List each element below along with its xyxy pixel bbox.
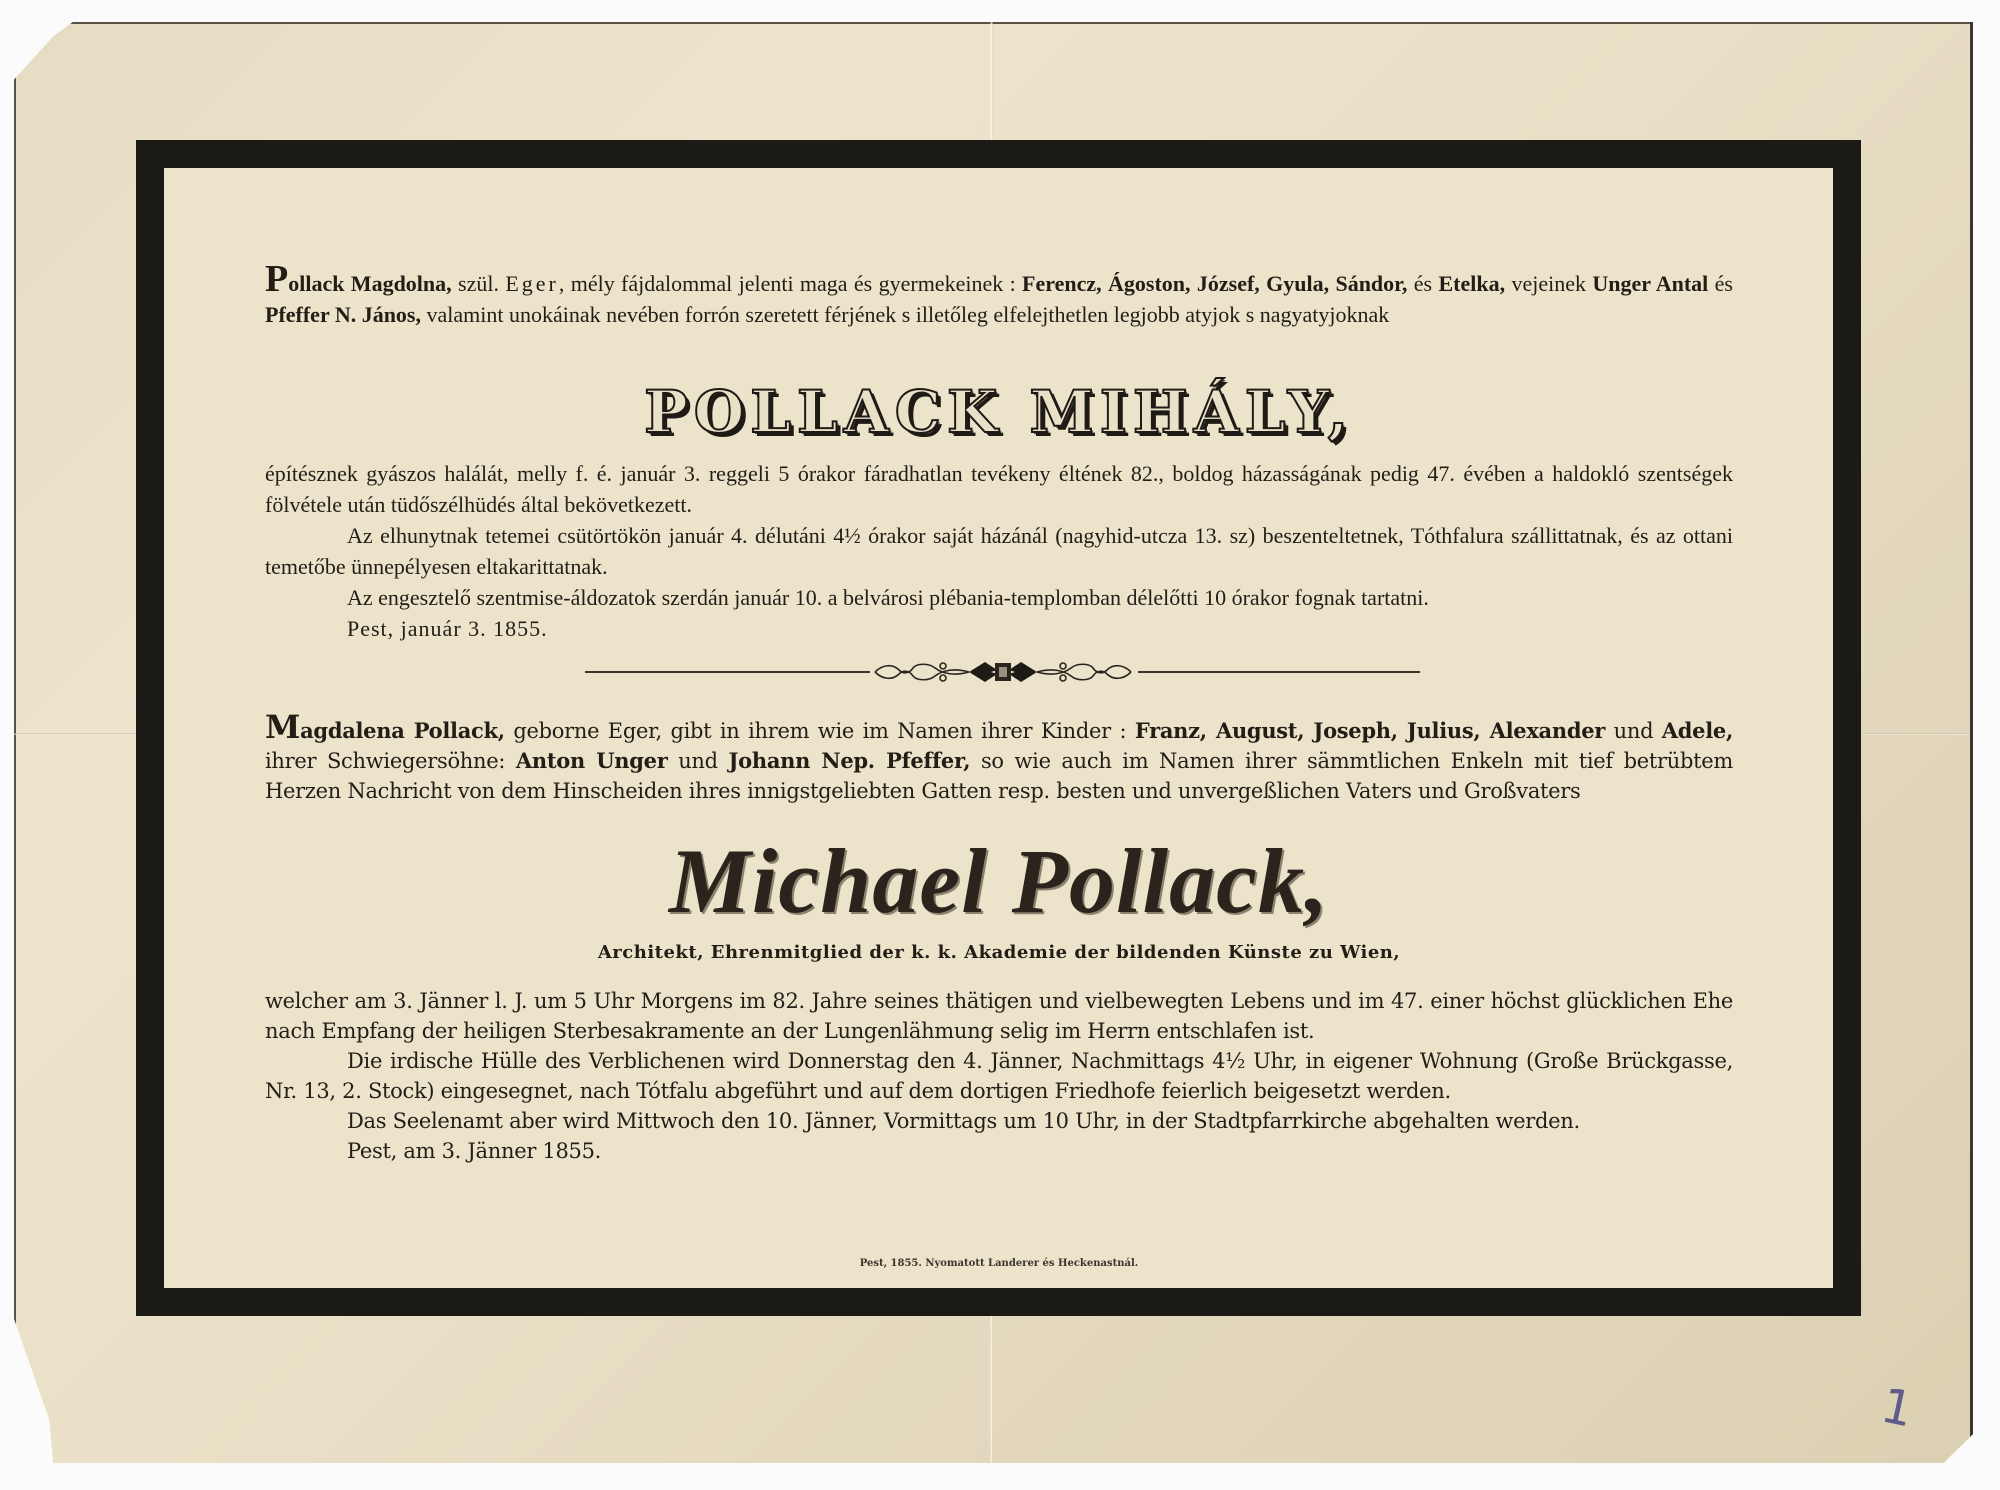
deceased-profession-de: Architekt, Ehrenmitglied der k. k. Akade… <box>265 942 1733 963</box>
german-intro: Magdalena Pollack, geborne Eger, gibt in… <box>265 712 1733 806</box>
son-in-law-1-hu: Unger Antal <box>1592 271 1708 296</box>
children-names-de: Franz, August, Joseph, Julius, Alexander <box>1135 718 1605 743</box>
hu-paragraph-1: építésznek gyászos halálát, melly f. é. … <box>265 458 1733 520</box>
hu-dateline: Pest, január 3. 1855. <box>265 613 1733 644</box>
hu-paragraph-2: Az elhunytnak tetemei csütörtökön január… <box>265 520 1733 582</box>
de-paragraph-2: Die irdische Hülle des Verblichenen wird… <box>265 1046 1733 1106</box>
de-dateline: Pest, am 3. Jänner 1855. <box>265 1136 1733 1166</box>
child-last-hu: Etelka, <box>1438 271 1505 296</box>
hungarian-intro: Pollack Magdolna, szül. Eger, mély fájda… <box>265 268 1733 330</box>
de-paragraph-3: Das Seelenamt aber wird Mittwoch den 10.… <box>265 1106 1733 1136</box>
widow-name-de: agdalena Pollack, <box>300 718 505 743</box>
divider-rule-right <box>1138 671 1420 673</box>
children-names-hu: Ferencz, Ágoston, József, Gyula, Sándor, <box>1022 271 1407 296</box>
ornamental-flourish-icon <box>873 660 1133 684</box>
maiden-name-hu: Eger <box>505 271 559 296</box>
dropcap-p: P <box>265 258 288 300</box>
divider-rule-left <box>585 671 870 673</box>
child-last-de: Adele, <box>1662 718 1733 743</box>
de-paragraph-1: welcher am 3. Jänner l. J. um 5 Uhr Morg… <box>265 986 1733 1046</box>
dropcap-m: M <box>265 708 300 746</box>
hungarian-body: építésznek gyászos halálát, melly f. é. … <box>265 458 1733 644</box>
son-in-law-2-hu: Pfeffer N. János, <box>265 302 421 327</box>
deceased-name-title-de: Michael Pollack, <box>265 826 1733 936</box>
section-divider <box>585 660 1420 684</box>
deceased-name-title-hu: POLLACK MIHÁLY, <box>265 378 1733 446</box>
hu-paragraph-3: Az engesztelő szentmise-áldozatok szerdá… <box>265 582 1733 613</box>
printer-imprint: Pest, 1855. Nyomatott Landerer és Hecken… <box>265 1258 1733 1269</box>
son-in-law-1-de: Anton Unger <box>516 748 668 773</box>
son-in-law-2-de: Johann Nep. Pfeffer, <box>729 748 971 773</box>
german-body: welcher am 3. Jänner l. J. um 5 Uhr Morg… <box>265 986 1733 1166</box>
widow-name-hu: ollack Magdolna, <box>288 271 451 296</box>
